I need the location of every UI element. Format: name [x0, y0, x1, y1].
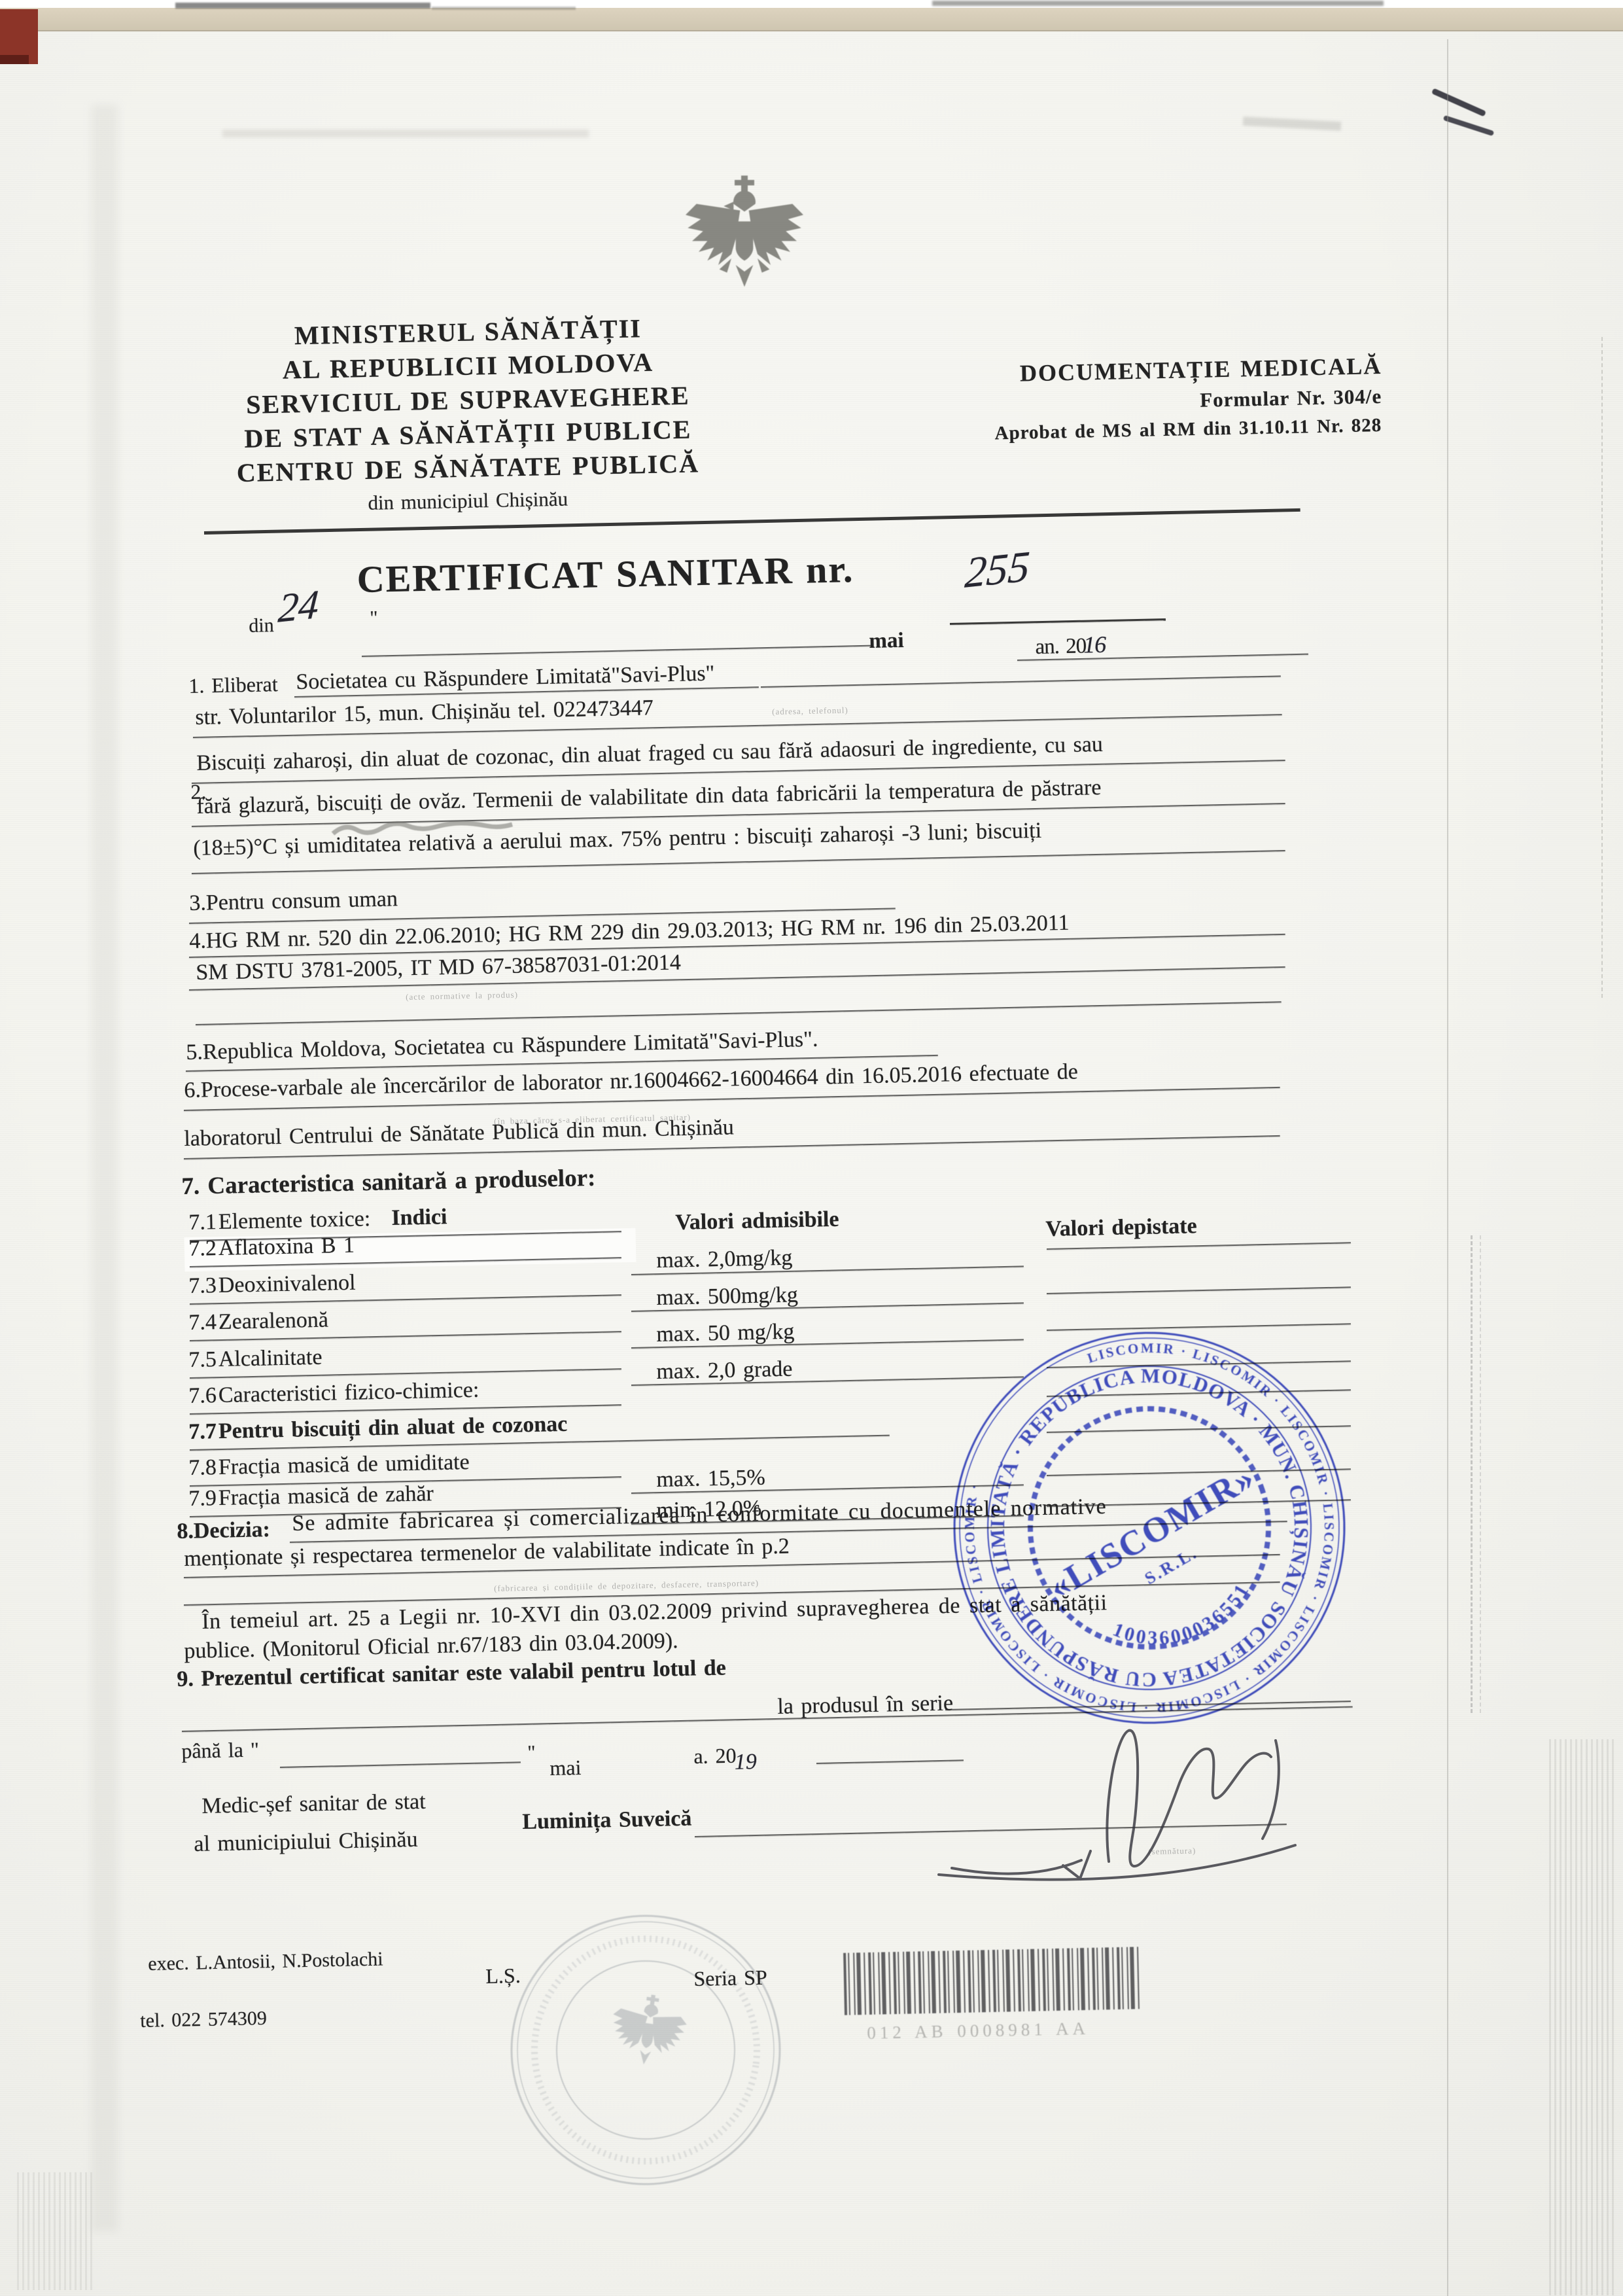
- column-header-indici: Indici: [391, 1205, 447, 1231]
- table-row: 7.9Fracția masică de zahăr: [188, 1481, 434, 1511]
- table-row: 7.1Elemente toxice:: [188, 1207, 371, 1235]
- table-row: 7.4Zearalenonă: [188, 1308, 328, 1335]
- pana-la-label: până la ": [181, 1738, 259, 1763]
- field6-line1: 6.Procese-varbale ale încercărilor de la…: [184, 1059, 1078, 1103]
- field6-line2: laboratorul Centrului de Sănătate Public…: [184, 1115, 734, 1152]
- row-num: 7.5: [188, 1347, 217, 1372]
- field1-label: 1. Eliberat: [188, 672, 278, 698]
- signer-role-line1: Medic-șef sanitar de stat: [201, 1790, 426, 1819]
- year-print-text: a. 20: [693, 1744, 737, 1768]
- rule: [761, 675, 1281, 688]
- year-handwritten: 19: [734, 1750, 757, 1775]
- field1-sublabel: (adresa, telefonul): [772, 705, 848, 717]
- row-name: Fracția masică de zahăr: [218, 1481, 434, 1510]
- rule: [196, 1001, 1282, 1025]
- form-number: Formular Nr. 304/e: [818, 385, 1382, 420]
- scan-artifact: [92, 105, 118, 2231]
- scan-artifact: [1480, 1235, 1481, 1713]
- row-num: 7.2: [188, 1236, 217, 1261]
- month-label: mai: [550, 1756, 582, 1780]
- scan-artifact: [1471, 1235, 1473, 1713]
- row-num: 7.1: [188, 1210, 217, 1235]
- decision-sublabel: (fabricarea și condițiile de depozitare,…: [494, 1578, 759, 1594]
- row-name: Pentru biscuiți din aluat de cozonac: [218, 1412, 567, 1443]
- table-row: 7.3Deoxinivalenol: [188, 1271, 356, 1299]
- certificate-title: CERTIFICAT SANITAR nr.: [357, 547, 854, 601]
- phone-number: tel. 022 574309: [140, 2007, 267, 2032]
- field2-line1: Biscuiți zaharoși, din aluat de cozonac,…: [196, 732, 1103, 776]
- scan-artifact: [932, 1, 1384, 6]
- month-label: mai: [869, 629, 904, 654]
- row-name: Caracteristici fizico-chimice:: [218, 1378, 479, 1407]
- ministry-line: CENTRU DE SĂNĂTATE PUBLICĂ: [209, 447, 727, 489]
- scan-artifact: [175, 3, 430, 9]
- row-value: max. 50 mg/kg: [656, 1320, 795, 1347]
- field4-sublabel: (acte normative la produs): [406, 989, 518, 1002]
- scan-artifact: [1447, 39, 1448, 2296]
- scan-artifact: [222, 130, 589, 137]
- row-name: Deoxinivalenol: [218, 1271, 355, 1298]
- scan-artifact: [17, 2172, 96, 2290]
- moldova-coat-of-arms-icon: [679, 173, 810, 311]
- scan-artifact: [1601, 337, 1603, 998]
- faint-round-stamp: [480, 1884, 812, 2216]
- row-num: 7.3: [188, 1273, 217, 1298]
- ministry-subline: din municipiul Chișinău: [209, 484, 727, 518]
- scan-artifact: [0, 55, 29, 64]
- day-handwritten: 24: [277, 582, 321, 633]
- table-row: 7.8Fracția masică de umiditate: [188, 1450, 470, 1481]
- row-name: Alcalinitate: [218, 1345, 322, 1371]
- doc-type: DOCUMENTAȚIE MEDICALĂ: [818, 352, 1382, 391]
- year-handwritten: 16: [1083, 631, 1106, 658]
- field2-line3: (18±5)°C și umiditatea relativă a aerulu…: [193, 819, 1042, 861]
- quote-mark: ": [370, 607, 378, 629]
- field2-line2: fără glazură, biscuiți de ovăz. Termenii…: [196, 775, 1102, 819]
- row-num: 7.8: [188, 1455, 217, 1480]
- row-num: 7.9: [188, 1486, 217, 1511]
- row-num: 7.6: [188, 1383, 217, 1408]
- rule: [1047, 1242, 1351, 1250]
- executor-note: exec. L.Antosii, N.Postolachi: [148, 1948, 383, 1975]
- row-value: max. 500mg/kg: [656, 1282, 798, 1311]
- signer-role-line2: al municipiului Chișinău: [194, 1828, 418, 1857]
- scan-artifact: [1431, 88, 1486, 116]
- quote-mark: ": [527, 1742, 536, 1764]
- rule: [280, 1761, 521, 1768]
- row-value: max. 15,5%: [656, 1466, 765, 1492]
- field3: 3.Pentru consum uman: [189, 887, 398, 916]
- decision-label: 8.Decizia:: [177, 1517, 270, 1544]
- table-row: 7.6Caracteristici fizico-chimice:: [188, 1378, 480, 1409]
- row-name: Elemente toxice:: [218, 1207, 370, 1234]
- din-label: din: [249, 614, 274, 637]
- scan-artifact: [0, 8, 1623, 31]
- table-row: 7.5Alcalinitate: [188, 1345, 323, 1373]
- row-name: Zearalenonă: [218, 1308, 328, 1335]
- row-num: 7.4: [188, 1310, 217, 1335]
- row-name: Aflatoxina B 1: [218, 1233, 355, 1260]
- rule: [950, 618, 1166, 625]
- year-print-text: an. 20: [1035, 634, 1086, 659]
- row-num: 7.7: [188, 1419, 217, 1444]
- table-heading: 7. Caracteristica sanitară a produselor:: [181, 1164, 596, 1201]
- signer-name: Luminița Suveică: [522, 1807, 692, 1835]
- row-name: Fracția masică de umiditate: [218, 1450, 469, 1479]
- certificate-number-handwritten: 255: [964, 542, 1032, 599]
- row-value: max. 2,0 grade: [656, 1357, 793, 1385]
- approval-note: Aprobat de MS al RM din 31.10.11 Nr. 828: [818, 415, 1382, 448]
- barcode: [843, 1947, 1142, 2015]
- year-print: a. 2019: [693, 1743, 759, 1769]
- table-row: 7.2Aflatoxina B 1: [188, 1233, 355, 1262]
- scan-artifact: [432, 7, 576, 10]
- column-header-depistate: Valori depistate: [1045, 1214, 1197, 1242]
- row-value: max. 2,0mg/kg: [656, 1246, 793, 1273]
- column-header-admisibile: Valori admisibile: [675, 1207, 839, 1235]
- table-row: 7.7Pentru biscuiți din aluat de cozonac: [188, 1412, 568, 1445]
- scan-artifact: [1549, 1739, 1614, 2295]
- rule: [362, 645, 872, 657]
- field1-line2: str. Voluntarilor 15, mun. Chișinău tel.…: [195, 696, 654, 730]
- scan-artifact: [1243, 116, 1342, 131]
- year-print: an. 2016: [1035, 631, 1109, 660]
- scanned-certificate-page: MINISTERUL SĂNĂTĂȚII AL REPUBLICII MOLDO…: [0, 0, 1623, 2296]
- barcode-number: 012 AB 0008981 AA: [867, 2019, 1089, 2043]
- scan-artifact: [1443, 115, 1495, 136]
